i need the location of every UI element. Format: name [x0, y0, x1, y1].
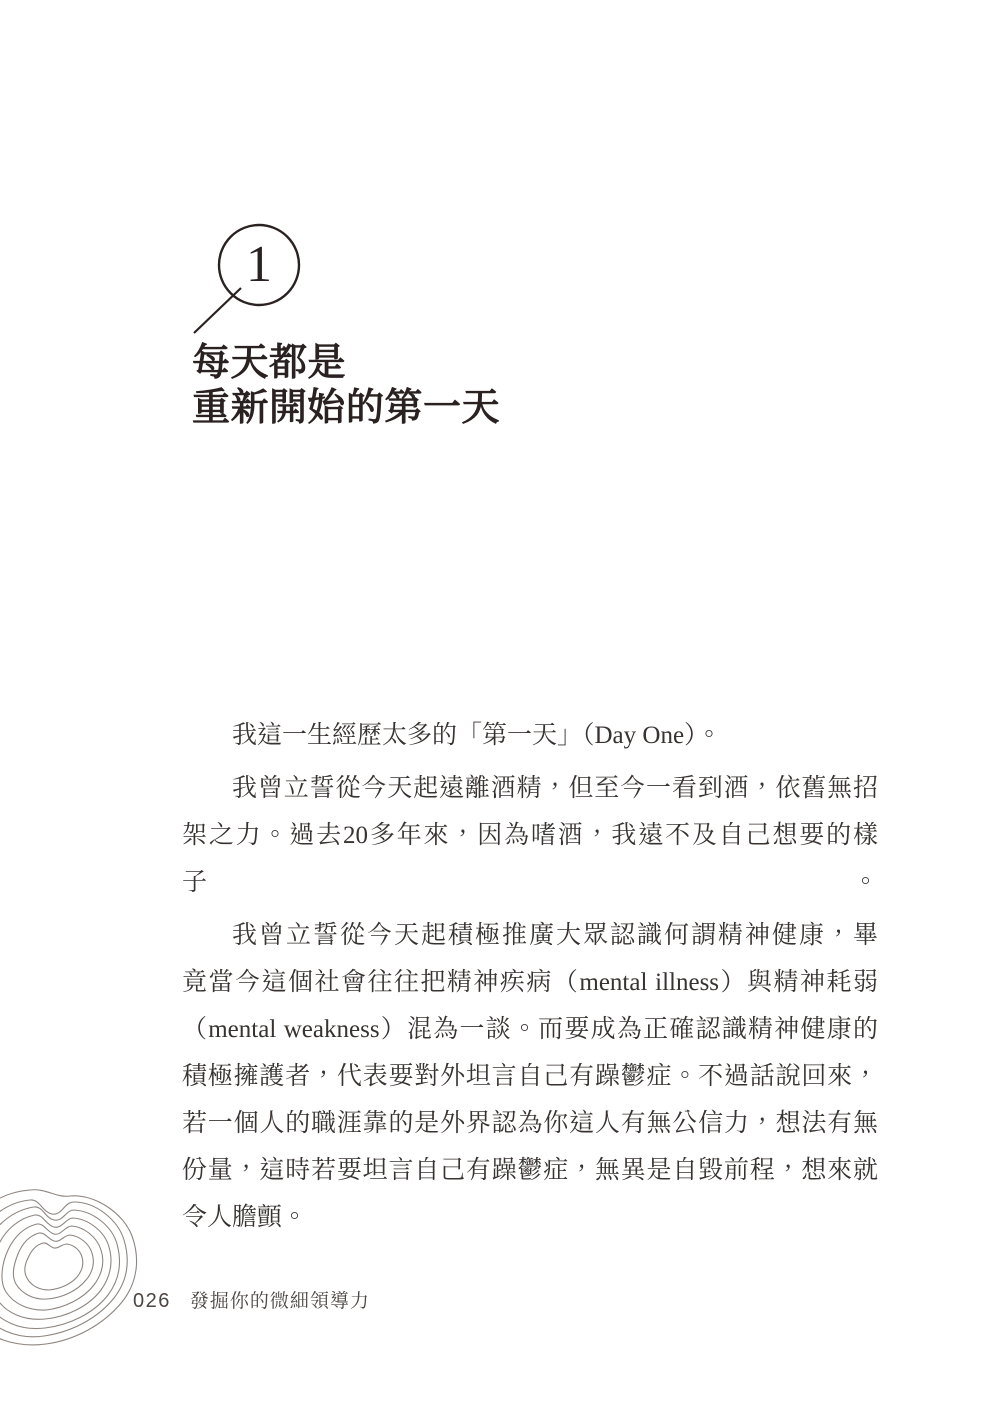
- chapter-title-line-2: 重新開始的第一天: [192, 386, 500, 431]
- page-number: 026: [133, 1290, 171, 1312]
- contour-line: [2, 1224, 103, 1310]
- text-line: 積極擁護者，代表要對外坦言自己有躁鬱症。不過話說回來，: [182, 1053, 878, 1100]
- text-line: 若一個人的職涯靠的是外界認為你這人有無公信力，想法有無: [182, 1100, 878, 1147]
- body-text: 我這一生經歷太多的「第一天」（Day One）。 我曾立誓從今天起遠離酒精，但至…: [182, 712, 878, 1241]
- contour-line: [25, 1243, 83, 1290]
- text-line: （mental weakness）混為一談。而要成為正確認識精神健康的: [182, 1006, 878, 1053]
- paragraph: 我這一生經歷太多的「第一天」（Day One）。: [182, 712, 878, 759]
- page-footer: 026發掘你的微細領導力: [133, 1286, 370, 1313]
- chapter-title: 每天都是 重新開始的第一天: [192, 341, 500, 431]
- book-page: 1 每天都是 重新開始的第一天 我這一生經歷太多的「第一天」（Day One）。…: [0, 0, 1000, 1428]
- topographic-contour-icon: [0, 1180, 146, 1360]
- contour-line: [0, 1215, 111, 1319]
- text-line: 我曾立誓從今天起積極推廣大眾認識何謂精神健康，畢: [182, 912, 878, 959]
- text-line: 份量，這時若要坦言自己有躁鬱症，無異是自毀前程，想來就: [182, 1147, 878, 1194]
- text-line: 令人膽顫。: [182, 1194, 878, 1241]
- chapter-number: 1: [229, 238, 289, 292]
- text-line: 竟當今這個社會往往把精神疾病（mental illness）與精神耗弱: [182, 959, 878, 1006]
- text-line: 架之力。過去20多年來，因為嗜酒，我遠不及自己想要的樣子。: [182, 812, 878, 906]
- paragraph: 我曾立誓從今天起積極推廣大眾認識何謂精神健康，畢 竟當今這個社會往往把精神疾病（…: [182, 912, 878, 1241]
- book-title: 發掘你的微細領導力: [190, 1291, 370, 1312]
- text-line: 我這一生經歷太多的「第一天」（Day One）。: [182, 712, 878, 759]
- chapter-title-line-1: 每天都是: [192, 341, 500, 386]
- chapter-mark: 1: [180, 218, 330, 343]
- paragraph: 我曾立誓從今天起遠離酒精，但至今一看到酒，依舊無招 架之力。過去20多年來，因為…: [182, 765, 878, 906]
- text-line: 我曾立誓從今天起遠離酒精，但至今一看到酒，依舊無招: [182, 765, 878, 812]
